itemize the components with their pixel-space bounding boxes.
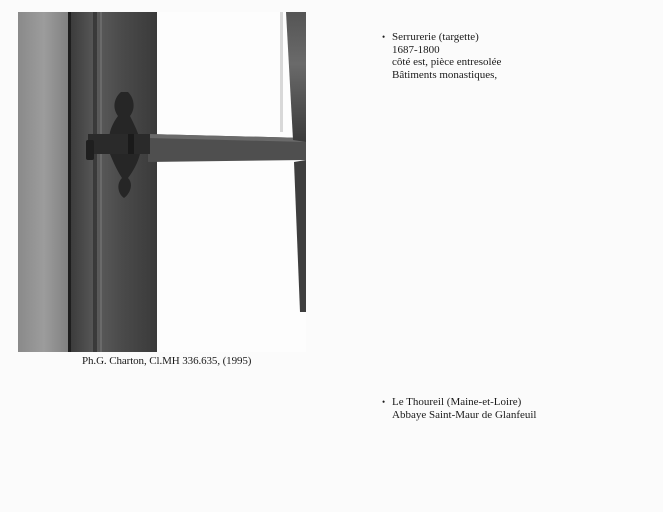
place-notice: • Le Thoureil (Maine-et-Loire) Abbaye Sa… — [392, 396, 536, 421]
place-commune: Le Thoureil (Maine-et-Loire) — [392, 396, 536, 409]
place-edifice: Abbaye Saint-Maur de Glanfeuil — [392, 409, 536, 422]
item-title: Serrurerie (targette) — [392, 31, 501, 44]
bullet-icon: • — [382, 31, 385, 44]
item-location: côté est, pièce entresolée — [392, 56, 501, 69]
item-building: Bâtiments monastiques, — [392, 69, 501, 82]
bullet-icon: • — [382, 396, 385, 409]
item-notice: • Serrurerie (targette) 1687-1800 côté e… — [392, 31, 501, 81]
photo-caption: Ph.G. Charton, Cl.MH 336.635, (1995) — [82, 355, 251, 367]
item-date: 1687-1800 — [392, 44, 501, 57]
photograph — [18, 12, 306, 352]
targette-photo-image — [18, 12, 306, 352]
